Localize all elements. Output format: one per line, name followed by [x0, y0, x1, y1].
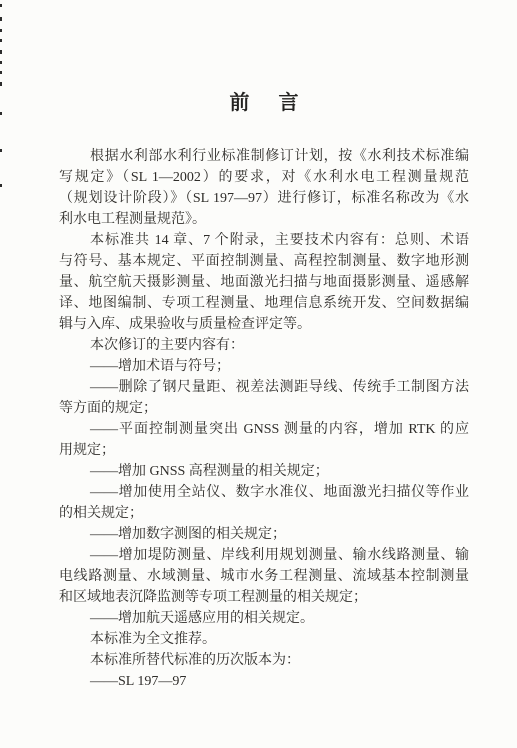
text-line: ——增加数字测图的相关规定； — [59, 524, 469, 545]
page-title-char-2: 言 — [279, 92, 299, 114]
text-line: 辑与入库、成果验收与质量检查评定等。 — [59, 314, 469, 335]
text-line: ——增加堤防测量、岸线利用规划测量、输水线路测量、输 — [59, 545, 469, 566]
text-line: 写规定》（SL 1—2002）的要求，对《水利水电工程测量规范 — [59, 167, 469, 188]
text-line: ——删除了钢尺量距、视差法测距导线、传统手工制图方法 — [59, 377, 469, 398]
text-line: ——平面控制测量突出 GNSS 测量的内容，增加 RTK 的应 — [59, 419, 469, 440]
text-line: ——增加术语与符号； — [59, 356, 469, 377]
text-line: 的相关规定； — [59, 503, 469, 524]
text-line: 译、地图编制、专项工程测量、地理信息系统开发、空间数据编 — [59, 293, 469, 314]
scan-speck — [0, 39, 2, 42]
scan-speck — [0, 29, 2, 32]
page-title-char-1: 前 — [230, 92, 250, 114]
text-line: 和区域地表沉降监测等专项工程测量的相关规定； — [59, 587, 469, 608]
scan-speck — [0, 112, 2, 115]
text-line: 利水电工程测量规范》。 — [59, 209, 469, 230]
document-page: 前 言 根据水利部水利行业标准制修订计划，按《水利技术标准编 写规定》（SL 1… — [0, 0, 517, 748]
scan-speck — [0, 50, 2, 54]
text-line: 本次修订的主要内容有： — [59, 335, 469, 356]
scan-speck — [0, 149, 2, 152]
text-line: （规划设计阶段）》（SL 197—97）进行修订，标准名称改为《水 — [59, 188, 469, 209]
scan-speck — [0, 4, 2, 7]
document-body: 根据水利部水利行业标准制修订计划，按《水利技术标准编 写规定》（SL 1—200… — [59, 146, 469, 692]
text-line: ——SL 197—97 — [59, 671, 469, 692]
scan-speck — [0, 71, 2, 74]
text-line: 电线路测量、水域测量、城市水务工程测量、流域基本控制测量 — [59, 566, 469, 587]
text-line: 本标准为全文推荐。 — [59, 629, 469, 650]
text-line: 本标准所替代标准的历次版本为： — [59, 650, 469, 671]
text-line: 与符号、基本规定、平面控制测量、高程控制测量、数字地形测 — [59, 251, 469, 272]
page-title: 前 言 — [59, 92, 469, 114]
text-line: 根据水利部水利行业标准制修订计划，按《水利技术标准编 — [59, 146, 469, 167]
text-line: ——增加航天遥感应用的相关规定。 — [59, 608, 469, 629]
text-line: 本标准共 14 章、7 个附录，主要技术内容有：总则、术语 — [59, 230, 469, 251]
scan-speck — [0, 17, 2, 21]
text-line: 量、航空航天摄影测量、地面激光扫描与地面摄影测量、遥感解 — [59, 272, 469, 293]
scan-speck — [0, 61, 2, 64]
text-line: 等方面的规定； — [59, 398, 469, 419]
text-line: ——增加 GNSS 高程测量的相关规定； — [59, 461, 469, 482]
scan-speck — [0, 82, 2, 86]
scan-speck — [0, 184, 2, 187]
text-line: 用规定； — [59, 440, 469, 461]
text-line: ——增加使用全站仪、数字水准仪、地面激光扫描仪等作业 — [59, 482, 469, 503]
